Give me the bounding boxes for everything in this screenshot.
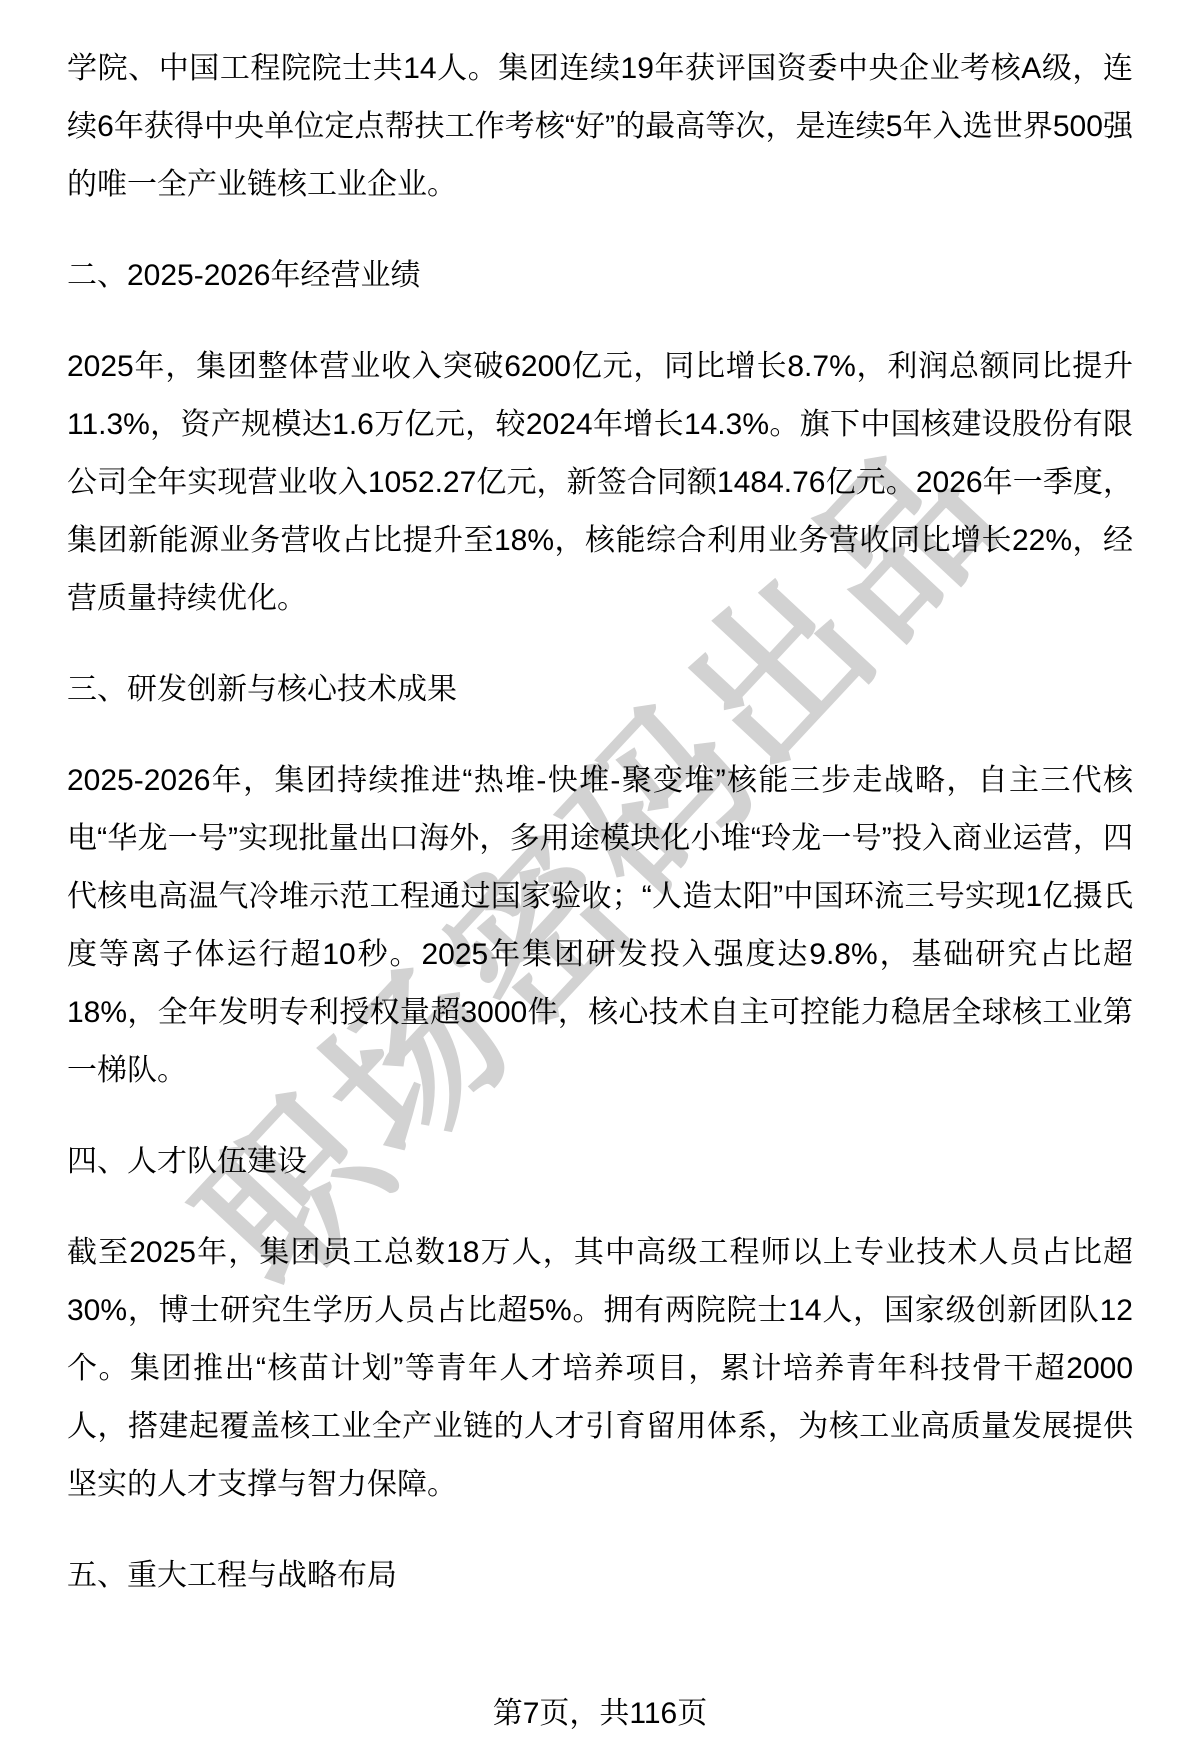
document-content: 学院、中国工程院院士共14人。集团连续19年获评国资委中央企业考核A级，连续6年… [0, 0, 1200, 1605]
section-heading-4: 四、人才队伍建设 [67, 1133, 1133, 1191]
paragraph-rd-achievements: 2025-2026年，集团持续推进“热堆-快堆-聚变堆”核能三步走战略，自主三代… [67, 752, 1133, 1100]
paragraph-overview: 学院、中国工程院院士共14人。集团连续19年获评国资委中央企业考核A级，连续6年… [67, 40, 1133, 214]
section-heading-3: 三、研发创新与核心技术成果 [67, 661, 1133, 719]
paragraph-talent-team: 截至2025年，集团员工总数18万人，其中高级工程师以上专业技术人员占比超30%… [67, 1224, 1133, 1514]
paragraph-business-results: 2025年，集团整体营业收入突破6200亿元，同比增长8.7%，利润总额同比提升… [67, 338, 1133, 628]
section-heading-2: 二、2025-2026年经营业绩 [67, 247, 1133, 305]
document-page: 职场密码出品 学院、中国工程院院士共14人。集团连续19年获评国资委中央企业考核… [0, 0, 1200, 1755]
section-heading-5: 五、重大工程与战略布局 [67, 1547, 1133, 1605]
page-number-footer: 第7页，共116页 [0, 1699, 1200, 1729]
